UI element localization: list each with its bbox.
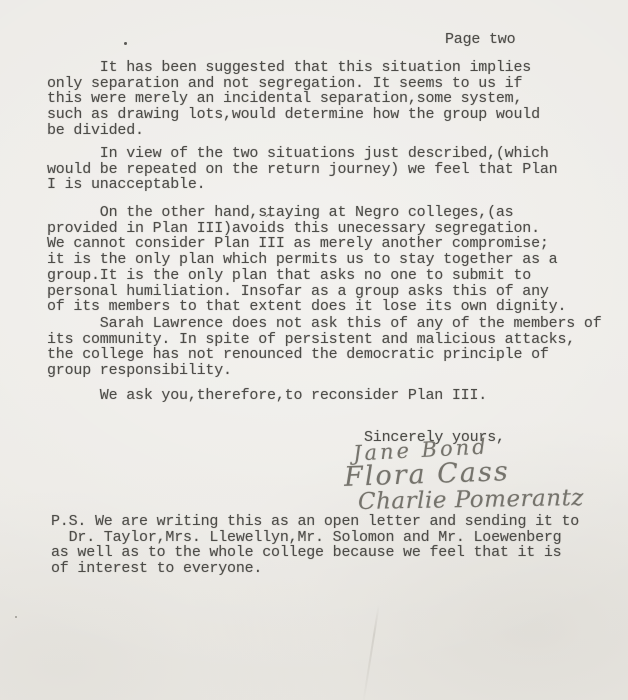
paper-speck — [124, 42, 127, 45]
paragraph-reconsider-request: We ask you,therefore,to reconsider Plan … — [47, 388, 487, 404]
paragraph-sarah-lawrence: Sarah Lawrence does not ask this of any … — [47, 316, 602, 379]
postscript-block: P.S. We are writing this as an open lett… — [51, 514, 579, 577]
paragraph-plan-one-unacceptable: In view of the two situations just descr… — [47, 146, 558, 193]
handwritten-insertion-caret: ^ — [264, 212, 273, 225]
page-number: Page two — [445, 32, 515, 48]
paper-crease — [362, 604, 380, 700]
paragraph-plan-three-argument: On the other hand,staying at Negro colle… — [47, 205, 566, 315]
paper-speck — [15, 616, 17, 618]
letter-page: Page two It has been suggested that this… — [0, 0, 628, 700]
paragraph-separation-not-segregation: It has been suggested that this situatio… — [47, 60, 540, 139]
signature-charlie-pomerantz: Charlie Pomerantz — [358, 485, 584, 515]
